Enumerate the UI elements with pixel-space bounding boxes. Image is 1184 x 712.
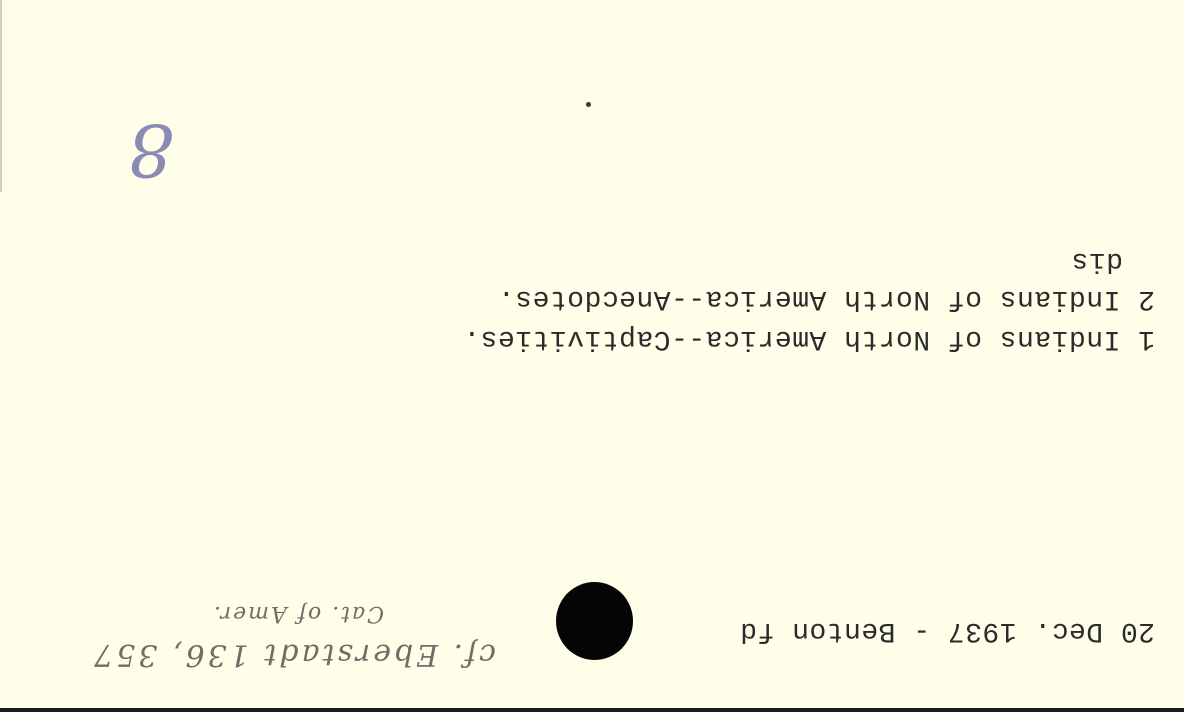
card-edge-shadow bbox=[0, 708, 1184, 712]
punch-hole bbox=[556, 582, 633, 660]
entry-date-line: 20 Dec. 1937 - Benton fd bbox=[740, 614, 1155, 646]
pencil-mark-number: 8 bbox=[128, 108, 174, 192]
card-edge-line bbox=[0, 0, 2, 192]
catalog-card: 20 Dec. 1937 - Benton fd cf. Eberstadt 1… bbox=[0, 0, 1184, 712]
handwritten-reference-line-1: cf. Eberstadt 136, 357 bbox=[91, 637, 496, 672]
handwritten-reference-line-2: Cat. of Amer. bbox=[212, 601, 384, 626]
trailer-dis: dis bbox=[1071, 244, 1123, 276]
subject-heading-1: 1 Indians of North America--Captivities. bbox=[463, 322, 1155, 354]
ink-dot bbox=[586, 102, 591, 107]
subject-heading-2: 2 Indians of North America--Anecdotes. bbox=[497, 282, 1155, 314]
